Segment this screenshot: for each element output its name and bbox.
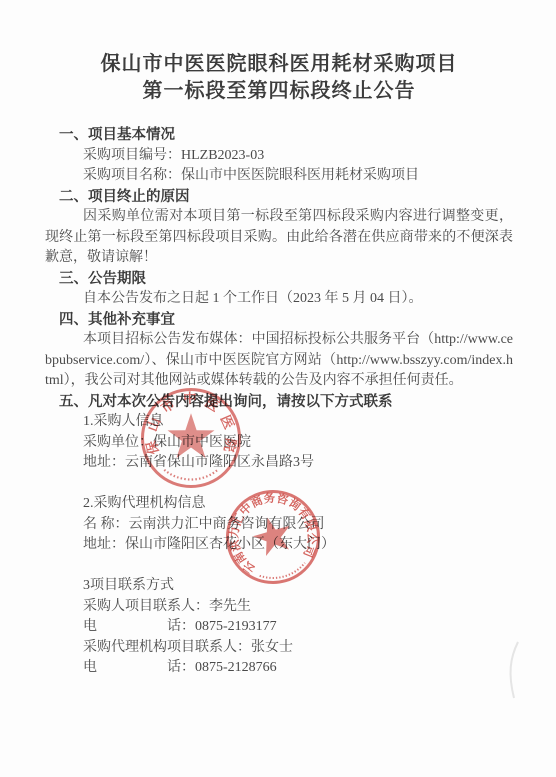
buyer-contact-person: 采购人项目联系人：李先生 [83, 597, 513, 618]
title-line-1: 保山市中医医院眼科医用耗材采购项目 [45, 51, 513, 78]
seal-microtext-arc [164, 470, 217, 480]
scan-artifact [500, 640, 526, 705]
project-name: 采购项目名称：保山市中医医院眼科医用耗材采购项目 [83, 166, 513, 187]
agency-contact-person: 采购代理机构项目联系人：张女士 [83, 638, 513, 659]
section-3-heading: 三、公告期限 [59, 269, 513, 290]
page-title: 保山市中医医院眼科医用耗材采购项目 第一标段至第四标段终止公告 [45, 51, 513, 105]
section-2-heading: 二、项目终止的原因 [59, 187, 513, 208]
buyer-contact-phone: 电 话：0875-2193177 [83, 617, 513, 638]
announcement-period: 自本公告发布之日起 1 个工作日（2023 年 5 月 04 日）。 [45, 289, 513, 310]
star-icon [168, 413, 215, 458]
title-line-2: 第一标段至第四标段终止公告 [45, 78, 513, 105]
star-icon [249, 512, 296, 558]
termination-reason: 因采购单位需对本项目第一标段至第四标段采购内容进行调整变更，现终止第一标段至第四… [45, 207, 513, 269]
section-1-heading: 一、项目基本情况 [59, 125, 513, 146]
section-4-heading: 四、其他补充事宜 [59, 310, 513, 331]
supplementary-info: 本项目招标公告发布媒体：中国招标投标公共服务平台（http://www.cebp… [45, 330, 513, 392]
project-number: 采购项目编号：HLZB2023-03 [83, 146, 513, 167]
section-5-heading: 五、凡对本次公告内容提出询问，请按以下方式联系 [59, 392, 513, 413]
scanned-announcement-page: 保山市中医医院眼科医用耗材采购项目 第一标段至第四标段终止公告 一、项目基本情况… [0, 0, 556, 777]
agency-contact-phone: 电 话：0875-2128766 [83, 658, 513, 679]
agency-seal-stamp: 云南洪力汇中商务咨询有限公司 [213, 477, 333, 597]
